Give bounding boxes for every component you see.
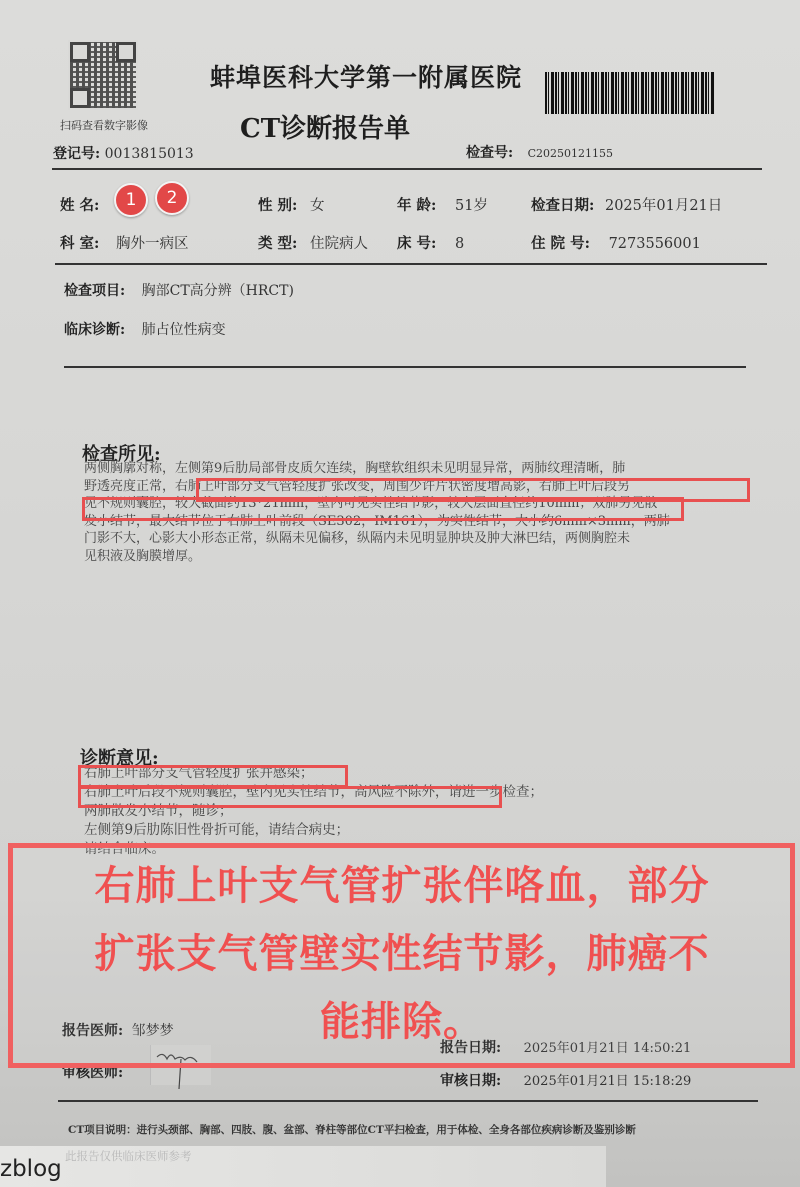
findings-line: 两侧胸廓对称，左侧第9后肋局部骨皮质欠连续，胸壁软组织未见明显异常，两肺纹理清晰… [84, 460, 764, 478]
gender-field: 性 别: 女 [258, 194, 325, 215]
name-field: 姓 名: [60, 194, 99, 215]
bed-field: 床 号: 8 [397, 232, 464, 253]
highlight-box [82, 497, 684, 521]
review-date-field: 审核日期: 2025年01月21日 15:18:29 [440, 1070, 691, 1090]
department-value: 胸外一病区 [116, 236, 189, 252]
department-label: 科 室: [60, 235, 99, 252]
divider [58, 1100, 758, 1102]
exam-item-value: 胸部CT高分辨（HRCT) [142, 283, 294, 299]
divider [64, 366, 746, 368]
findings-line: 见积液及胸膜增厚。 [84, 548, 764, 566]
inpatient-number-label: 住 院 号: [531, 235, 590, 252]
gender-value: 女 [310, 198, 325, 214]
qr-code-icon[interactable] [68, 40, 138, 110]
age-label: 年 龄: [397, 197, 436, 214]
annotation-line: 能排除。 [12, 988, 792, 1056]
watermark: zblog [0, 1156, 62, 1182]
clinical-diagnosis-field: 临床诊断: 肺占位性病变 [64, 319, 226, 339]
exam-item-field: 检查项目: 胸部CT高分辨（HRCT) [64, 280, 294, 300]
clinical-diagnosis-value: 肺占位性病变 [142, 322, 226, 338]
bed-value: 8 [455, 236, 464, 252]
inpatient-number-value: 7273556001 [609, 236, 701, 252]
report-title: CT诊断报告单 [240, 108, 410, 145]
divider [52, 168, 762, 170]
registration-label: 登记号: [53, 146, 100, 162]
exam-number: 检查号: C20250121155 [466, 142, 613, 162]
highlight-box [78, 765, 348, 788]
exam-number-value: C20250121155 [528, 147, 613, 160]
name-label: 姓 名: [60, 197, 99, 214]
highlight-box [78, 786, 502, 808]
findings-line: 门影不大，心影大小形态正常，纵隔未见偏移，纵隔内未见明显肿块及肿大淋巴结，两侧胸… [84, 530, 764, 548]
exam-date-field: 检查日期: 2025年01月21日 [531, 194, 722, 215]
exam-date-label: 检查日期: [531, 197, 594, 214]
age-value: 51岁 [455, 198, 488, 214]
type-label: 类 型: [258, 235, 297, 252]
gender-label: 性 别: [258, 197, 297, 214]
type-value: 住院病人 [310, 236, 368, 252]
hospital-name: 蚌埠医科大学第一附属医院 [210, 58, 522, 94]
review-date-label: 审核日期: [440, 1073, 501, 1089]
registration-number: 登记号: 0013815013 [53, 143, 194, 163]
age-field: 年 龄: 51岁 [397, 194, 488, 215]
registration-value: 0013815013 [105, 146, 194, 162]
annotation-line: 右肺上叶支气管扩张伴咯血，部分 [12, 852, 792, 920]
privacy-badge-1: 1 [114, 183, 148, 217]
exam-date-value: 2025年01月21日 [605, 198, 722, 214]
privacy-badge-2: 2 [155, 181, 189, 215]
barcode-icon [545, 72, 715, 114]
type-field: 类 型: 住院病人 [258, 232, 368, 253]
clinical-diagnosis-label: 临床诊断: [64, 322, 125, 338]
ct-item-note: CT项目说明：进行头颈部、胸部、四肢、腹、盆部、脊柱等部位CT平扫检查，用于体检… [68, 1122, 636, 1137]
ct-report-page: 扫码查看数字影像 蚌埠医科大学第一附属医院 CT诊断报告单 登记号: 00138… [0, 0, 800, 1187]
disclaimer: 此报告仅供临床医师参考 [65, 1148, 192, 1164]
qr-caption: 扫码查看数字影像 [60, 117, 148, 133]
exam-number-label: 检查号: [466, 145, 513, 161]
bed-label: 床 号: [397, 235, 436, 252]
annotation-line: 扩张支气管壁实性结节影，肺癌不 [12, 920, 792, 988]
review-date-value: 2025年01月21日 15:18:29 [524, 1074, 692, 1089]
department-field: 科 室: 胸外一病区 [60, 232, 189, 253]
divider [55, 263, 767, 265]
inpatient-number-field: 住 院 号: 7273556001 [531, 232, 701, 253]
impression-line: 左侧第9后肋陈旧性骨折可能，请结合病史； [84, 821, 764, 840]
exam-item-label: 检查项目: [64, 283, 125, 299]
annotation-text: 右肺上叶支气管扩张伴咯血，部分 扩张支气管壁实性结节影，肺癌不 能排除。 [12, 852, 792, 1056]
